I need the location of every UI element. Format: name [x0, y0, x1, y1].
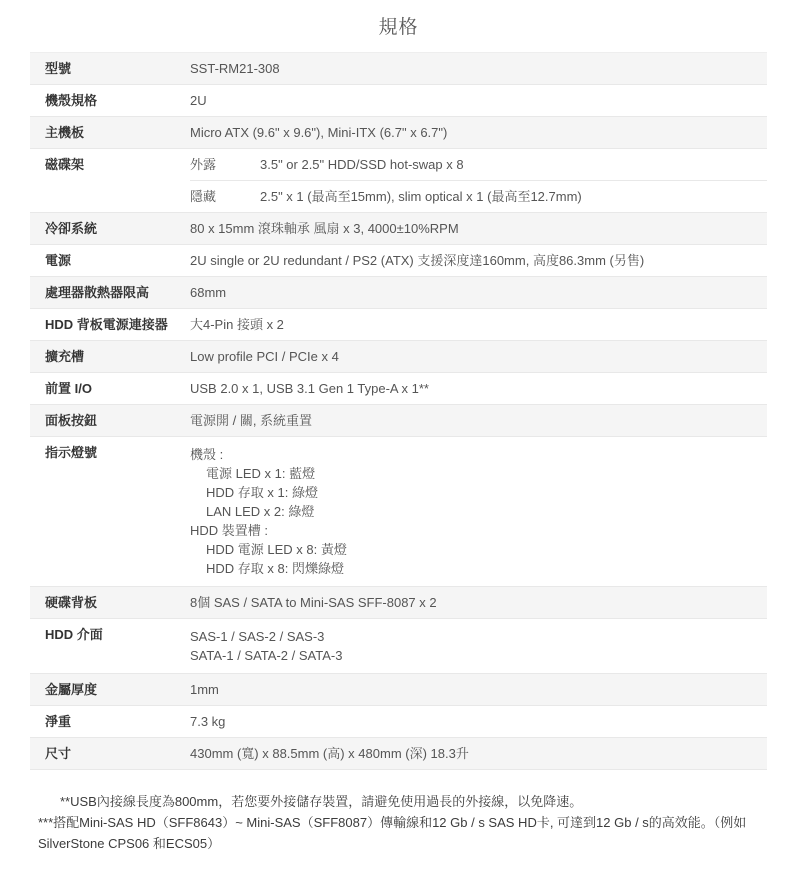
spec-value-line: SAS-1 / SAS-2 / SAS-3 [190, 627, 757, 646]
spec-value: USB 2.0 x 1, USB 3.1 Gen 1 Type-A x 1** [190, 373, 767, 404]
spec-row: 淨重7.3 kg [30, 706, 767, 738]
spec-value: 8個 SAS / SATA to Mini-SAS SFF-8087 x 2 [190, 587, 767, 618]
spec-value-line: LAN LED x 2: 綠燈 [190, 502, 757, 521]
spec-value: 430mm (寬) x 88.5mm (高) x 480mm (深) 18.3升 [190, 738, 767, 769]
spec-value: 7.3 kg [190, 706, 767, 737]
spec-label: HDD 背板電源連接器 [30, 309, 190, 340]
footnotes: **USB內接線長度為800mm，若您要外接儲存裝置，請避免使用過長的外接線，以… [30, 791, 767, 854]
spec-value-line: 電源 LED x 1: 藍燈 [190, 464, 757, 483]
spec-row: 擴充槽Low profile PCI / PCIe x 4 [30, 341, 767, 373]
spec-row: 硬碟背板8個 SAS / SATA to Mini-SAS SFF-8087 x… [30, 587, 767, 619]
spec-label: 面板按鈕 [30, 405, 190, 436]
spec-row: 磁碟架外露3.5" or 2.5" HDD/SSD hot-swap x 8隱藏… [30, 149, 767, 213]
spec-subkey: 外露 [190, 157, 260, 172]
spec-value-line: HDD 電源 LED x 8: 黃燈 [190, 540, 757, 559]
spec-label: 處理器散熱器限高 [30, 277, 190, 308]
spec-row: 處理器散熱器限高68mm [30, 277, 767, 309]
spec-row: 電源2U single or 2U redundant / PS2 (ATX) … [30, 245, 767, 277]
spec-label: 主機板 [30, 117, 190, 148]
spec-row: 型號SST-RM21-308 [30, 52, 767, 85]
spec-label: 磁碟架 [30, 149, 190, 212]
spec-value: 外露3.5" or 2.5" HDD/SSD hot-swap x 8隱藏2.5… [190, 149, 767, 212]
spec-table: 型號SST-RM21-308機殼規格2U主機板Micro ATX (9.6" x… [30, 52, 767, 770]
spec-value: Low profile PCI / PCIe x 4 [190, 341, 767, 372]
spec-row: 冷卻系統80 x 15mm 滾珠軸承 風扇 x 3, 4000±10%RPM [30, 213, 767, 245]
spec-value: SST-RM21-308 [190, 53, 767, 84]
spec-value: 2U [190, 85, 767, 116]
spec-label: 指示燈號 [30, 437, 190, 586]
spec-value: 2U single or 2U redundant / PS2 (ATX) 支援… [190, 245, 767, 276]
spec-value: 機殼 :電源 LED x 1: 藍燈HDD 存取 x 1: 綠燈LAN LED … [190, 437, 767, 586]
spec-label: 淨重 [30, 706, 190, 737]
spec-label: 冷卻系統 [30, 213, 190, 244]
spec-row: HDD 介面SAS-1 / SAS-2 / SAS-3SATA-1 / SATA… [30, 619, 767, 674]
spec-label: 電源 [30, 245, 190, 276]
spec-row: 機殼規格2U [30, 85, 767, 117]
spec-value: 大4-Pin 接頭 x 2 [190, 309, 767, 340]
spec-label: HDD 介面 [30, 619, 190, 673]
spec-value-line: HDD 裝置槽 : [190, 521, 757, 540]
spec-value: 1mm [190, 674, 767, 705]
spec-value: 80 x 15mm 滾珠軸承 風扇 x 3, 4000±10%RPM [190, 213, 767, 244]
spec-value-line: HDD 存取 x 1: 綠燈 [190, 483, 757, 502]
spec-subvalue: 2.5" x 1 (最高至15mm), slim optical x 1 (最高… [260, 189, 767, 204]
footnote: **USB內接線長度為800mm，若您要外接儲存裝置，請避免使用過長的外接線，以… [30, 791, 767, 812]
footnote: ***搭配Mini-SAS HD（SFF8643）~ Mini-SAS（SFF8… [30, 812, 767, 854]
spec-row: 面板按鈕電源開 / 關, 系統重置 [30, 405, 767, 437]
spec-row: 指示燈號機殼 :電源 LED x 1: 藍燈HDD 存取 x 1: 綠燈LAN … [30, 437, 767, 587]
spec-row: 前置 I/OUSB 2.0 x 1, USB 3.1 Gen 1 Type-A … [30, 373, 767, 405]
spec-value: 68mm [190, 277, 767, 308]
spec-row: 尺寸430mm (寬) x 88.5mm (高) x 480mm (深) 18.… [30, 738, 767, 770]
spec-label: 型號 [30, 53, 190, 84]
spec-label: 機殼規格 [30, 85, 190, 116]
spec-value-line: HDD 存取 x 8: 閃爍綠燈 [190, 559, 757, 578]
spec-page: 規格 型號SST-RM21-308機殼規格2U主機板Micro ATX (9.6… [0, 0, 800, 874]
spec-label: 硬碟背板 [30, 587, 190, 618]
spec-row: HDD 背板電源連接器大4-Pin 接頭 x 2 [30, 309, 767, 341]
spec-value-line: 機殼 : [190, 445, 757, 464]
spec-value: 電源開 / 關, 系統重置 [190, 405, 767, 436]
spec-value: SAS-1 / SAS-2 / SAS-3SATA-1 / SATA-2 / S… [190, 619, 767, 673]
spec-row: 金屬厚度1mm [30, 674, 767, 706]
spec-subkey: 隱藏 [190, 189, 260, 204]
spec-label: 金屬厚度 [30, 674, 190, 705]
spec-subvalue: 3.5" or 2.5" HDD/SSD hot-swap x 8 [260, 157, 767, 172]
spec-label: 尺寸 [30, 738, 190, 769]
spec-label: 前置 I/O [30, 373, 190, 404]
spec-value-line: SATA-1 / SATA-2 / SATA-3 [190, 646, 757, 665]
spec-value: Micro ATX (9.6" x 9.6"), Mini-ITX (6.7" … [190, 117, 767, 148]
spec-row: 主機板Micro ATX (9.6" x 9.6"), Mini-ITX (6.… [30, 117, 767, 149]
spec-label: 擴充槽 [30, 341, 190, 372]
spec-subrow: 外露3.5" or 2.5" HDD/SSD hot-swap x 8 [190, 149, 767, 180]
spec-subrow: 隱藏2.5" x 1 (最高至15mm), slim optical x 1 (… [190, 180, 767, 212]
page-title: 規格 [30, 12, 767, 39]
